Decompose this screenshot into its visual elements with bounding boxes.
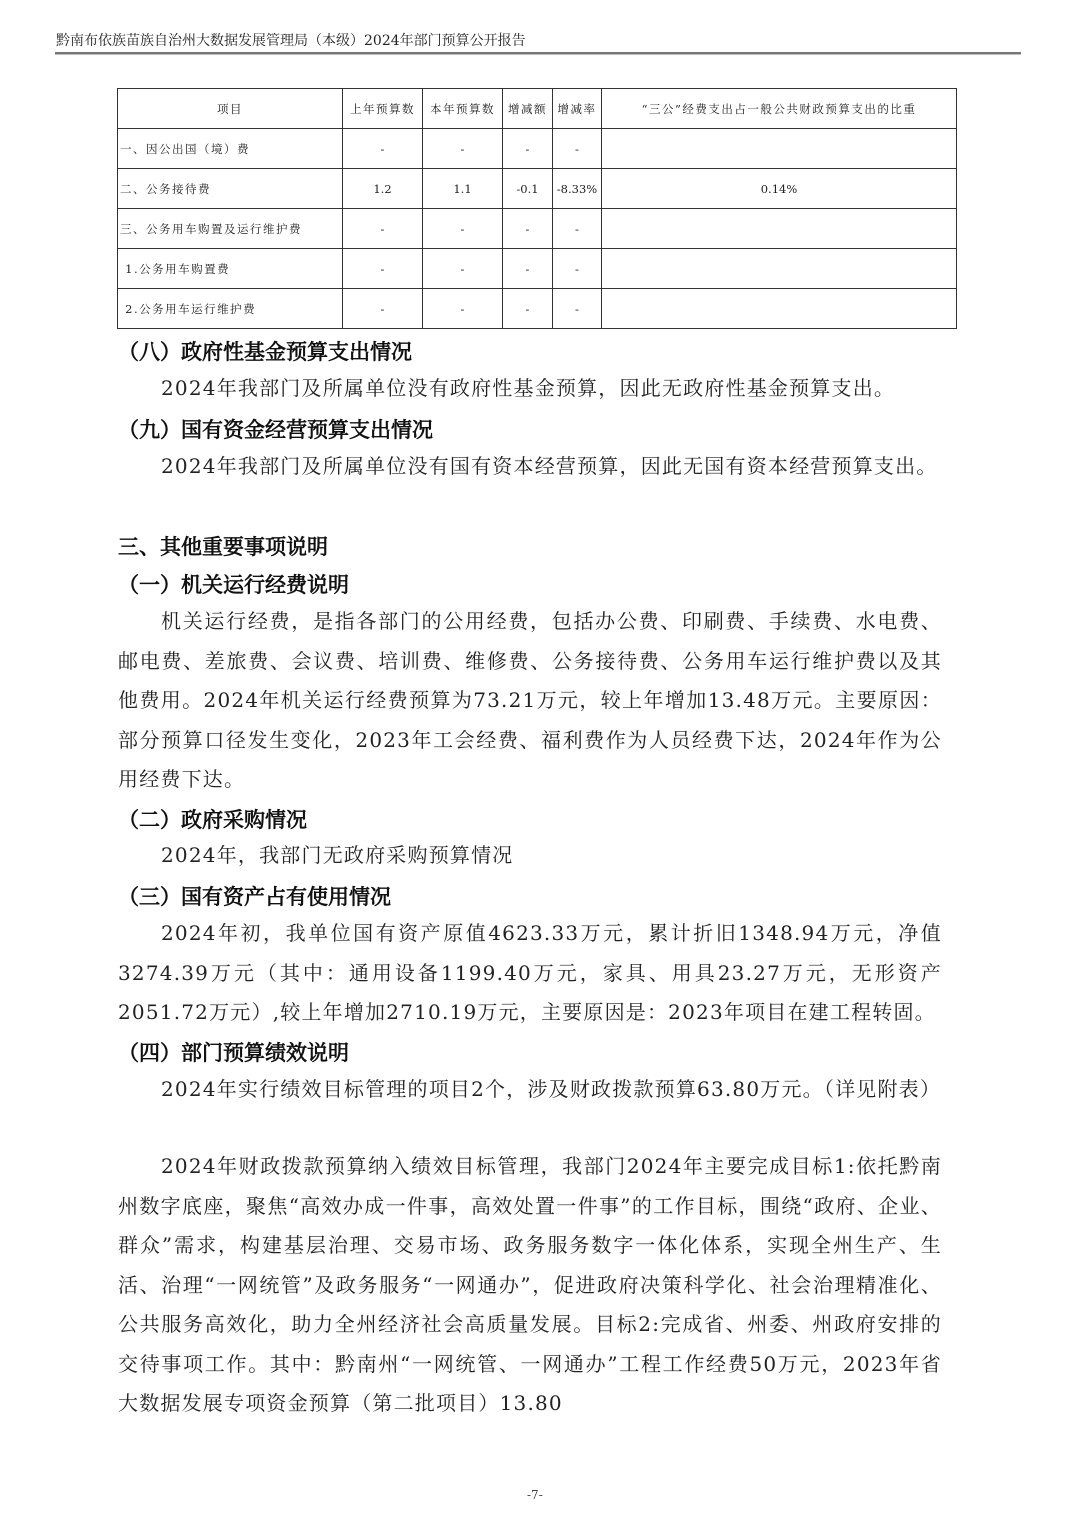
column-header-item: 项目 <box>118 89 343 129</box>
paragraph-operating-expenses: 机关运行经费，是指各部门的公用经费，包括办公费、印刷费、手续费、水电费、邮电费、… <box>118 602 942 800</box>
row-rate: - <box>553 289 602 329</box>
row-item-name: 二、公务接待费 <box>118 169 343 209</box>
column-header-ratio: “三公”经费支出占一般公共财政预算支出的比重 <box>602 89 957 129</box>
row-prev-budget: - <box>343 129 423 169</box>
table-row: 1.公务用车购置费 - - - - <box>118 249 957 289</box>
row-item-name: 2.公务用车运行维护费 <box>118 289 343 329</box>
table-row: 三、公务用车购置及运行维护费 - - - - <box>118 209 957 249</box>
subsection-heading-state-assets: （三）国有资产占有使用情况 <box>118 881 391 911</box>
column-header-prev-budget: 上年预算数 <box>343 89 423 129</box>
document-header-title: 黔南布依族苗族自治州大数据发展管理局（本级）2024年部门预算公开报告 <box>56 30 526 50</box>
part-heading-other-matters: 三、其他重要事项说明 <box>118 531 328 561</box>
paragraph-performance-goals: 2024年财政拨款预算纳入绩效目标管理，我部门2024年主要完成目标1:依托黔南… <box>118 1147 942 1424</box>
row-rate: - <box>553 129 602 169</box>
row-diff: - <box>503 249 553 289</box>
page-number: -7- <box>527 1488 543 1502</box>
row-curr-budget: - <box>423 129 503 169</box>
row-ratio: 0.14% <box>602 169 957 209</box>
table-row: 二、公务接待费 1.2 1.1 -0.1 -8.33% 0.14% <box>118 169 957 209</box>
paragraph-state-assets: 2024年初，我单位国有资产原值4623.33万元，累计折旧1348.94万元，… <box>118 914 942 1033</box>
row-prev-budget: - <box>343 209 423 249</box>
row-item-name: 1.公务用车购置费 <box>118 249 343 289</box>
row-rate: - <box>553 209 602 249</box>
row-prev-budget: - <box>343 249 423 289</box>
row-prev-budget: 1.2 <box>343 169 423 209</box>
column-header-curr-budget: 本年预算数 <box>423 89 503 129</box>
row-rate: - <box>553 249 602 289</box>
header-divider <box>55 52 1021 55</box>
column-header-rate: 增减率 <box>553 89 602 129</box>
row-curr-budget: - <box>423 249 503 289</box>
row-item-name: 三、公务用车购置及运行维护费 <box>118 209 343 249</box>
row-prev-budget: - <box>343 289 423 329</box>
table-header-row: 项目 上年预算数 本年预算数 增减额 增减率 “三公”经费支出占一般公共财政预算… <box>118 89 957 129</box>
paragraph-procurement: 2024年，我部门无政府采购预算情况 <box>118 836 942 876</box>
table-row: 2.公务用车运行维护费 - - - - <box>118 289 957 329</box>
row-item-name: 一、因公出国（境）费 <box>118 129 343 169</box>
paragraph-state-capital: 2024年我部门及所属单位没有国有资本经营预算，因此无国有资本经营预算支出。 <box>118 447 942 487</box>
row-ratio <box>602 129 957 169</box>
row-diff: - <box>503 129 553 169</box>
subsection-heading-operating-expenses: （一）机关运行经费说明 <box>118 569 349 599</box>
column-header-diff: 增减额 <box>503 89 553 129</box>
three-public-expenses-table: 项目 上年预算数 本年预算数 增减额 增减率 “三公”经费支出占一般公共财政预算… <box>117 88 957 329</box>
row-diff: -0.1 <box>503 169 553 209</box>
row-curr-budget: 1.1 <box>423 169 503 209</box>
section-heading-government-fund: （八）政府性基金预算支出情况 <box>118 336 412 366</box>
row-curr-budget: - <box>423 209 503 249</box>
subsection-heading-procurement: （二）政府采购情况 <box>118 804 307 834</box>
table-row: 一、因公出国（境）费 - - - - <box>118 129 957 169</box>
section-heading-state-capital: （九）国有资金经营预算支出情况 <box>118 414 433 444</box>
paragraph-government-fund: 2024年我部门及所属单位没有政府性基金预算，因此无政府性基金预算支出。 <box>118 369 942 409</box>
row-diff: - <box>503 209 553 249</box>
row-curr-budget: - <box>423 289 503 329</box>
paragraph-performance-projects: 2024年实行绩效目标管理的项目2个，涉及财政拨款预算63.80万元。（详见附表… <box>118 1070 942 1110</box>
row-ratio <box>602 289 957 329</box>
subsection-heading-performance: （四）部门预算绩效说明 <box>118 1037 349 1067</box>
row-ratio <box>602 209 957 249</box>
row-rate: -8.33% <box>553 169 602 209</box>
row-ratio <box>602 249 957 289</box>
row-diff: - <box>503 289 553 329</box>
